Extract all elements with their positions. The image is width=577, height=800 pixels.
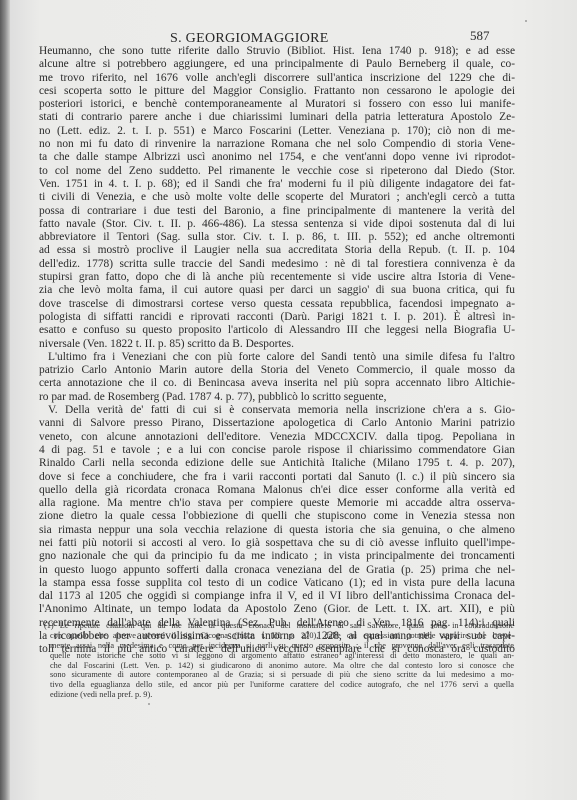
text-line: ta che dalle stampe Albrizzi uscì anonim… (39, 151, 515, 164)
text-line: fatto navale (Stor. Civ. t. II. p. 466-4… (39, 218, 515, 231)
text-line: to col nome del Zeno suddetto. Pel riman… (39, 165, 515, 178)
footnote-line: mente assai nella medesima e come per in… (44, 641, 514, 651)
text-line: nei fatti più notorii si accosti al vero… (39, 537, 515, 550)
text-line: certa annotazione che il co. di Benincas… (39, 377, 515, 390)
text-line: ro par mad. de Rosemberg (Pad. 1787 4. p… (39, 391, 515, 404)
text-line: ad essa si mostrò proclive il Laugier ne… (39, 244, 515, 257)
text-line: alcune altre si potrebbero aggiungere, e… (39, 58, 515, 71)
footnote-line: tivo della eguaglianza dello stile, ed a… (44, 680, 514, 690)
footnote-line: che dal Foscarini (Lett. Ven. p. 142) si… (44, 661, 514, 671)
text-line: no non mi fu dato di rinvenire la narraz… (39, 138, 515, 151)
text-line: 4 di pag. 51 e tavole ; e a lui con conc… (39, 444, 515, 457)
text-line: stupirsi gran fatto, dopo che di là anch… (39, 271, 515, 284)
text-line: l'Anonimo Altinate, un tempo lodata da A… (39, 603, 515, 616)
text-line: me trovo riferito, nel 1676 volle anch'e… (39, 72, 515, 85)
footnote-line: sono sicuramente di autore contemporaneo… (44, 670, 514, 680)
text-line: Heumanno, che sono tutte riferite dallo … (39, 45, 515, 58)
text-line: vanni di Salvore presso Pirano, Disserta… (39, 417, 515, 430)
text-line: dove trascelse di dimostrarsi cortese ve… (39, 298, 515, 311)
text-line: in questo luogo appunto sofferti dalla c… (39, 564, 515, 577)
text-line: Ven. 1751 in 4. t. I. p. 68); ed il Sand… (39, 178, 515, 191)
text-line: posteriori istorici, e benchè contempora… (39, 98, 515, 111)
footnote-line: con quello che altrove avvertì il sig. C… (44, 631, 514, 641)
text-line: pologista di siffatti rancidi e riprovat… (39, 311, 515, 324)
text-line: abbreviatore il Tentori (Sag. sulla stor… (39, 231, 515, 244)
text-line: zione dietro la quale cessa l'obbiezione… (39, 510, 515, 523)
book-page: S. GEORGIOMAGGIORE 587 Heumanno, che son… (10, 0, 577, 800)
paper-speck (525, 20, 527, 22)
footnote: (1) Le ripetute citazioni qui da me fatt… (44, 621, 514, 700)
text-line: dove si fece a conchiudere, che fra i va… (39, 471, 515, 484)
text-line: quello della già ricordata cronaca Roman… (39, 484, 515, 497)
footnote-line: (1) Le ripetute citazioni qui da me fatt… (44, 621, 514, 631)
text-line: alla ragione. Ma mentre ch'io stava per … (39, 497, 515, 510)
text-line: veneto, con alcune annotazioni dell'edit… (39, 431, 515, 444)
text-line: Rinaldo Carli nella seconda edizione del… (39, 457, 515, 470)
text-line: zia che levò molta fama, il cui autore q… (39, 284, 515, 297)
text-line: stati di contrario parere anche i due ch… (39, 111, 515, 124)
text-line: patrizio Carlo Antonio Marin autore dell… (39, 364, 515, 377)
paragraph-start-line: L'ultimo fra i Veneziani che con più for… (39, 351, 515, 364)
text-line: no (Lett. ediz. 2. t. I. p. 551) e Marco… (39, 125, 515, 138)
text-line: niversale (Ven. 1822 t. II. p. 85) scrit… (39, 338, 515, 351)
paper-speck (148, 703, 150, 705)
text-line: ti civili di Venezia, e che usò molte vo… (39, 191, 515, 204)
text-line: gno nazionale che qui da principio fu da… (39, 550, 515, 563)
page-number: 587 (470, 28, 490, 44)
body-text: Heumanno, che sono tutte riferite dallo … (39, 45, 515, 657)
footnote-line: edizione (vedi nella pref. p. 9). (44, 690, 514, 700)
book-binding-shadow (0, 0, 10, 800)
paragraph-start-line: V. Della verità de' fatti di cui si è co… (39, 404, 515, 417)
text-line: sia rimasta neppur una sola vecchia rela… (39, 524, 515, 537)
text-line: la stampa essa fosse supplita col testo … (39, 577, 515, 590)
text-line: esatto e confuso su questo proposito l'a… (39, 324, 515, 337)
text-line: possa di contrariare i due testi del Bar… (39, 205, 515, 218)
text-line: cesi scoperta sotto le pitture del Maggi… (39, 85, 515, 98)
text-line: dell'ediz. 1778) scritta sulle traccie d… (39, 258, 515, 271)
text-line: dal 1173 al 1205 che oggidì si compiange… (39, 590, 515, 603)
footnote-line: quelle note istoriche che sotto vi si le… (44, 651, 514, 661)
